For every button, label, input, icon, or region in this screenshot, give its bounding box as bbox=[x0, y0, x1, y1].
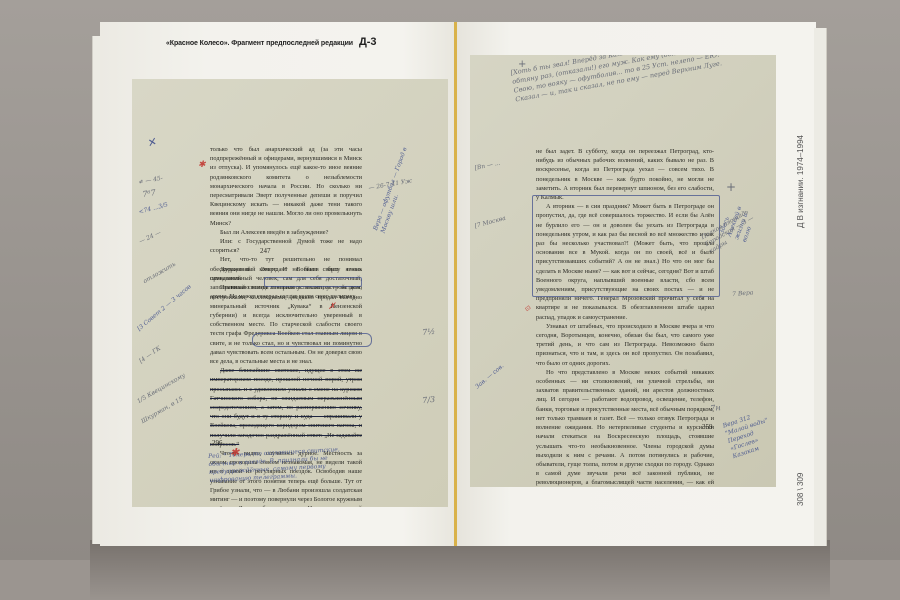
left-paragraph-1: только что был анархический ад (за эти ч… bbox=[210, 145, 362, 228]
edit-box-mark bbox=[264, 277, 362, 287]
left-note-c: <74 ...3/5 bbox=[138, 201, 169, 216]
right-page-edge bbox=[814, 28, 827, 546]
left-right-note-b: 7½ bbox=[422, 328, 435, 337]
left-page-number: 296 bbox=[212, 439, 223, 447]
right-left-note-a: [Вп — ... bbox=[474, 160, 501, 173]
left-note-g: [4 — ГК bbox=[138, 345, 163, 366]
right-red-mark-icon: ⟐ bbox=[524, 305, 530, 313]
red-asterisk-icon: ✱ bbox=[230, 449, 239, 457]
right-edit-bracket-box bbox=[532, 195, 720, 297]
left-note-f: [3 Совет 2 — 3 часов bbox=[136, 283, 193, 333]
left-note-d: — 24 — bbox=[138, 229, 163, 246]
right-right-note-c: 7н bbox=[710, 404, 721, 413]
right-left-note-c: Зав. — сов. bbox=[474, 363, 506, 392]
left-note-e: отложить bbox=[142, 261, 178, 286]
right-top-handwritten-note: [Хоть б ты звал! Вперёд за Калмык — 10 л… bbox=[510, 55, 733, 104]
left-paragraph-7: Даже ближайшие свитские, идущие в этом ж… bbox=[210, 366, 362, 449]
section-code: Д-3 bbox=[359, 36, 376, 48]
right-right-note-b: 7 Вера bbox=[732, 289, 754, 299]
right-right-note-d: Вера 312 "Малой воды" Переход «Гослев» К… bbox=[722, 406, 776, 461]
edit-loop-mark bbox=[252, 333, 372, 347]
left-section-marker: 247 bbox=[260, 247, 271, 255]
right-paragraph-3: Узнавал от штабных, что происходило в Мо… bbox=[536, 322, 714, 368]
left-margin-cross-icon: ✕ bbox=[146, 138, 157, 149]
running-head: «Красное Колесо». Фрагмент предпоследней… bbox=[166, 36, 376, 48]
right-paragraph-4: Но что представлено в Москве неких событ… bbox=[536, 368, 714, 487]
side-title: Д В изгнании. 1974–1994 bbox=[796, 135, 805, 228]
right-left-note-b: [7 Москва bbox=[474, 215, 507, 231]
red-margin-mark-icon: ✱ bbox=[198, 161, 206, 169]
spread-page-numbers: 308 \ 309 bbox=[796, 473, 805, 506]
left-paragraph-3: Или: с Государственной Думой тоже не над… bbox=[210, 237, 362, 255]
right-margin-plus-icon: + bbox=[726, 183, 736, 191]
right-page-number: 359 bbox=[702, 423, 713, 431]
right-top-plus-icon: + bbox=[518, 61, 526, 69]
running-head-title: «Красное Колесо». Фрагмент предпоследней… bbox=[166, 40, 353, 47]
book-spine bbox=[454, 22, 457, 546]
left-note-b: 7⁶7 bbox=[142, 189, 156, 199]
right-manuscript-facsimile: [Хоть б ты звал! Вперёд за Калмык — 10 л… bbox=[470, 55, 776, 487]
right-paragraph-1: не был задет. В субботу, когда он переез… bbox=[536, 147, 714, 202]
left-right-note-c: 7/3 bbox=[422, 396, 436, 405]
red-insert-mark-icon: ✗ bbox=[328, 303, 336, 311]
left-note-a: ≠ — 45- bbox=[138, 175, 164, 187]
left-manuscript-facsimile: только что был анархический ад (за эти ч… bbox=[132, 79, 448, 507]
left-paragraph-2: Был ли Алексеев введён в заблуждение? bbox=[210, 228, 362, 237]
